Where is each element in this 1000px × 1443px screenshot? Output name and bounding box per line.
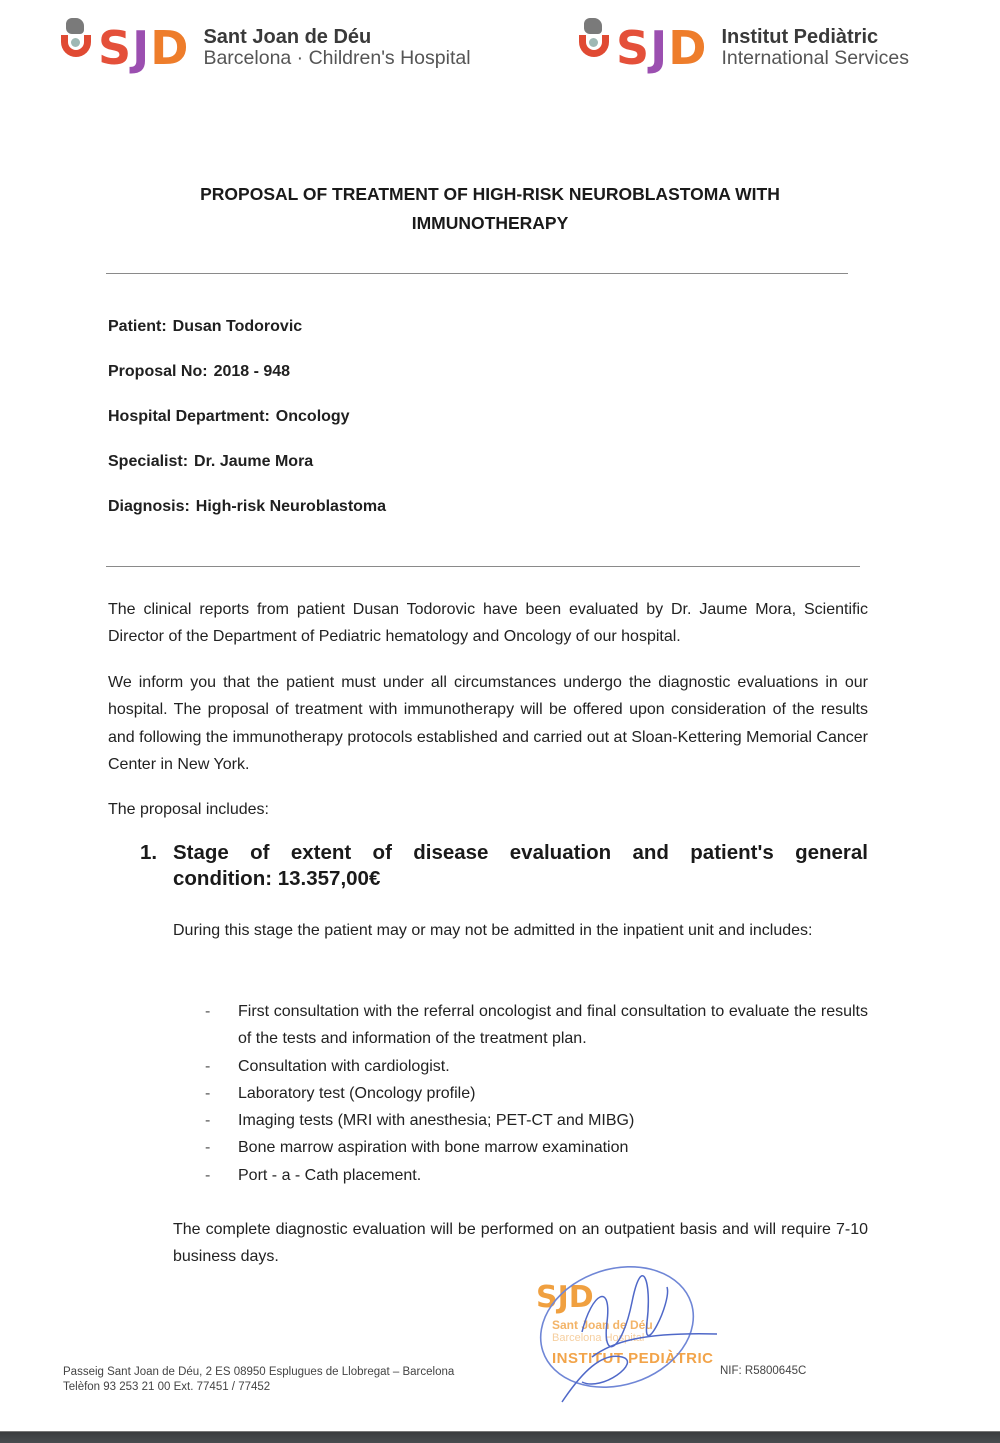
paragraph-evaluation: The clinical reports from patient Dusan …	[108, 596, 868, 651]
paragraph-inform: We inform you that the patient must unde…	[108, 669, 868, 778]
sjd-wordmark: SJD	[616, 25, 707, 71]
list-item: -Consultation with cardiologist.	[205, 1053, 868, 1080]
section-price: condition: 13.357,00€	[173, 867, 380, 890]
logo-subtitle: International Services	[721, 48, 909, 69]
field-department: Hospital Department:Oncology	[108, 406, 386, 451]
logo-name: Institut Pediàtric	[721, 27, 909, 49]
list-item: -Laboratory test (Oncology profile)	[205, 1080, 868, 1107]
sjd-emblem-icon	[60, 18, 96, 78]
list-item: -Imaging tests (MRI with anesthesia; PET…	[205, 1107, 868, 1134]
paragraph-includes: The proposal includes:	[108, 796, 868, 823]
section-heading: 1. Stage of extent of disease evaluation…	[140, 840, 868, 892]
sjd-wordmark: SJD	[98, 25, 189, 71]
included-services-list: -First consultation with the referral on…	[205, 998, 868, 1189]
list-item: -Port - a - Cath placement.	[205, 1162, 868, 1189]
viewer-bottom-bar	[0, 1431, 1000, 1443]
document-title: PROPOSAL OF TREATMENT OF HIGH-RISK NEURO…	[100, 180, 880, 238]
closing-paragraph: The complete diagnostic evaluation will …	[173, 1216, 868, 1271]
footer-nif: NIF: R5800645C	[720, 1365, 806, 1377]
field-patient: Patient:Dusan Todorovic	[108, 316, 386, 361]
field-proposal-no: Proposal No:2018 - 948	[108, 361, 386, 406]
list-item: -Bone marrow aspiration with bone marrow…	[205, 1134, 868, 1161]
signature-icon	[522, 1262, 732, 1412]
document-page: SJD Sant Joan de Déu Barcelona · Childre…	[0, 0, 1000, 1431]
sjd-emblem-icon	[578, 18, 614, 78]
logo-subtitle: Barcelona · Children's Hospital	[203, 48, 470, 69]
footer-address: Passeig Sant Joan de Déu, 2 ES 08950 Esp…	[63, 1365, 454, 1395]
section-intro: During this stage the patient may or may…	[173, 917, 868, 944]
divider	[106, 273, 848, 274]
institution-stamp: SJD Sant Joan de Déu Barcelona Hospital …	[522, 1262, 732, 1412]
proposal-details: Patient:Dusan Todorovic Proposal No:2018…	[108, 316, 386, 541]
field-specialist: Specialist:Dr. Jaume Mora	[108, 451, 386, 496]
sjd-institut-pediatric-logo: SJD Institut Pediàtric International Ser…	[578, 18, 909, 78]
list-item: -First consultation with the referral on…	[205, 998, 868, 1053]
sjd-childrens-hospital-logo: SJD Sant Joan de Déu Barcelona · Childre…	[60, 18, 471, 78]
divider	[106, 566, 860, 567]
logo-name: Sant Joan de Déu	[203, 27, 470, 49]
field-diagnosis: Diagnosis:High-risk Neuroblastoma	[108, 496, 386, 541]
